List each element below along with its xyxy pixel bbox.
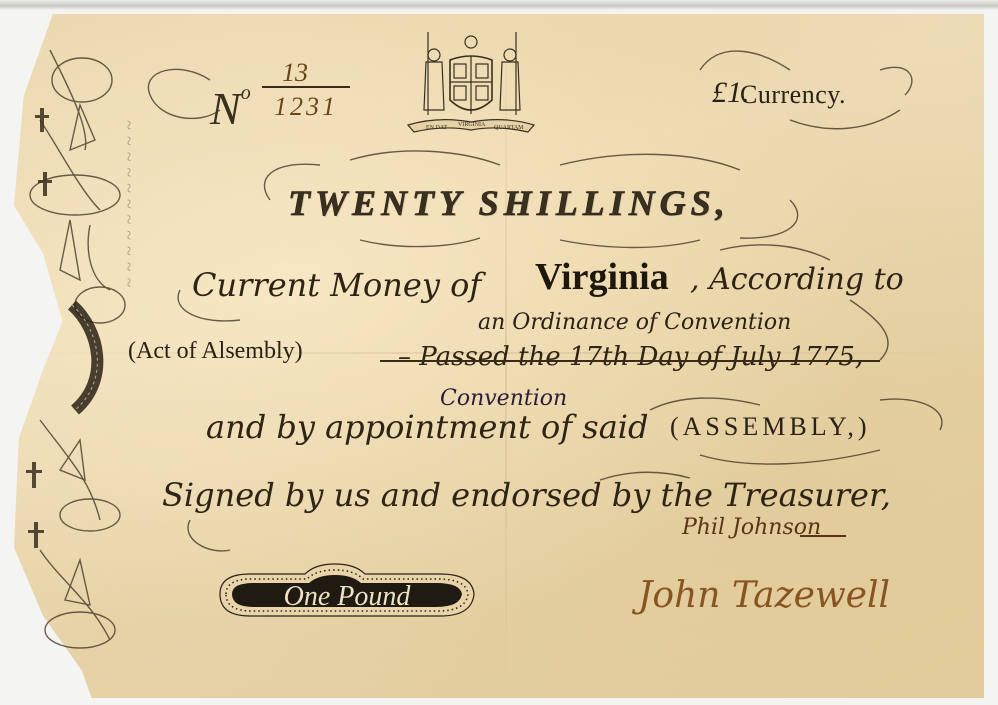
denomination-title: TWENTY SHILLINGS, [288,182,730,224]
strikethrough-line [380,360,880,362]
assembly-label: (ASSEMBLY,) [670,412,871,442]
pencil-margin-notes: ~~~~~~~~~~~ [118,120,139,293]
svg-text:VIRGINIA: VIRGINIA [458,122,486,128]
body-line-signed: Signed by us and endorsed by the Treasur… [162,476,891,514]
handwritten-ordinance-insert: an Ordinance of Convention [478,310,791,335]
serial-number-top: 13 [282,58,308,88]
svg-text:QUARTAM: QUARTAM [494,125,524,131]
body-line-appointment: and by appointment of said [206,408,649,446]
scan-edge [0,0,998,10]
svg-text:EN DAT: EN DAT [426,125,447,131]
body-line-according-to: , According to [690,262,904,297]
body-line-current-money: Current Money of [192,266,481,304]
serial-number-bottom: 1231 [274,92,338,122]
serial-prefix: No [210,82,251,135]
currency-label: Currency. [740,80,846,110]
signature-underline [800,535,846,537]
one-pound-cartouche: One Pound [210,562,484,626]
virginia-coat-of-arms-icon: EN DAT VIRGINIA QUARTAM [398,30,544,140]
act-of-assembly-label: (Act of Alsembly) [128,338,303,365]
signature-john-tazewell: John Tazewell [638,575,890,616]
svg-text:One Pound: One Pound [284,581,412,612]
serial-divider [262,86,350,88]
state-name: Virginia [535,255,669,299]
passed-date-struck: – Passed the 17th Day of July 1775, [398,342,863,372]
